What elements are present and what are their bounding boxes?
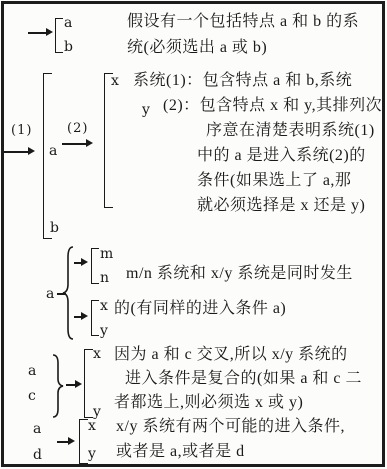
s1-text-line: 假设有一个包括特点 a 和 b 的系	[127, 14, 359, 30]
s4-label-a: a	[28, 364, 36, 378]
bracket-icon	[55, 18, 63, 53]
s2-label-a: a	[49, 144, 57, 158]
s4-label-y: y	[93, 405, 101, 419]
s3-label-n: n	[100, 271, 109, 285]
s2-text-line: 就必须选择是 x 还是 y)	[197, 198, 365, 214]
s5-label-d: d	[33, 448, 42, 462]
arrow-right-icon	[4, 151, 28, 153]
s3-label-y: y	[100, 324, 108, 338]
s3-label-root: a	[46, 287, 54, 301]
s3-text-line: 的(有同样的进入条件 a)	[114, 301, 286, 317]
bracket-icon	[84, 349, 93, 418]
s5-label-x: x	[88, 419, 96, 433]
s4-label-c: c	[28, 389, 36, 403]
s2-arrow2-label: (2)	[67, 122, 88, 135]
brace-left-icon	[62, 246, 74, 340]
s2-text-line: 序意在清楚表明系统(1)	[206, 123, 375, 139]
s2-label-b: b	[50, 221, 59, 235]
s4-text-line: 因为 a 和 c 交叉,所以 x/y 系统的	[114, 347, 348, 363]
s2-text-line: 系统(1)：包含特点 a 和 b,系统	[133, 73, 352, 89]
arrow-right-icon	[57, 441, 68, 443]
s3-label-m: m	[100, 247, 113, 261]
s2-text-line: 中的 a 是进入系统(2)的	[197, 148, 366, 164]
arrow-right-icon	[66, 384, 75, 386]
s4-text-line: 进入条件是复合的(如果 a 和 c 二	[125, 371, 362, 387]
s5-label-y: y	[88, 447, 96, 461]
s2-label-y: y	[142, 103, 150, 117]
s1-text-line: 统(必须选出 a 或 b)	[127, 40, 267, 56]
s2-label-x: x	[111, 74, 119, 88]
s2-arrow1-label: (1)	[11, 124, 32, 137]
s5-label-a: a	[33, 422, 41, 436]
s4-label-x: x	[93, 347, 101, 361]
arrow-right-icon	[74, 316, 81, 318]
figure: a b 假设有一个包括特点 a 和 b 的系 统(必须选出 a 或 b) (1)…	[0, 0, 387, 469]
s2-text-line: 条件(如果选上了 a,那	[197, 173, 351, 189]
bracket-icon	[79, 419, 88, 464]
arrow-right-icon	[28, 32, 46, 34]
bracket-icon	[91, 248, 99, 284]
brace-right-icon	[52, 354, 64, 418]
s5-text-line: 或者是 a,或者是 d	[116, 444, 245, 460]
s1-label-b: b	[64, 40, 73, 54]
s1-label-a: a	[64, 16, 72, 30]
s5-text-line: x/y 系统有两个可能的进入条件,	[116, 419, 345, 435]
arrow-right-icon	[74, 262, 81, 264]
s2-text-line: (2)：包含特点 x 和 y,其排列次	[163, 98, 382, 114]
bracket-icon	[91, 300, 99, 336]
s3-label-x: x	[100, 299, 108, 313]
arrow-right-icon	[62, 143, 86, 145]
bracket-icon	[104, 73, 113, 208]
s3-text-line: m/n 系统和 x/y 系统是同时发生	[126, 266, 353, 282]
s4-text-line: 者都选上,则必须选 x 或 y)	[114, 395, 303, 411]
